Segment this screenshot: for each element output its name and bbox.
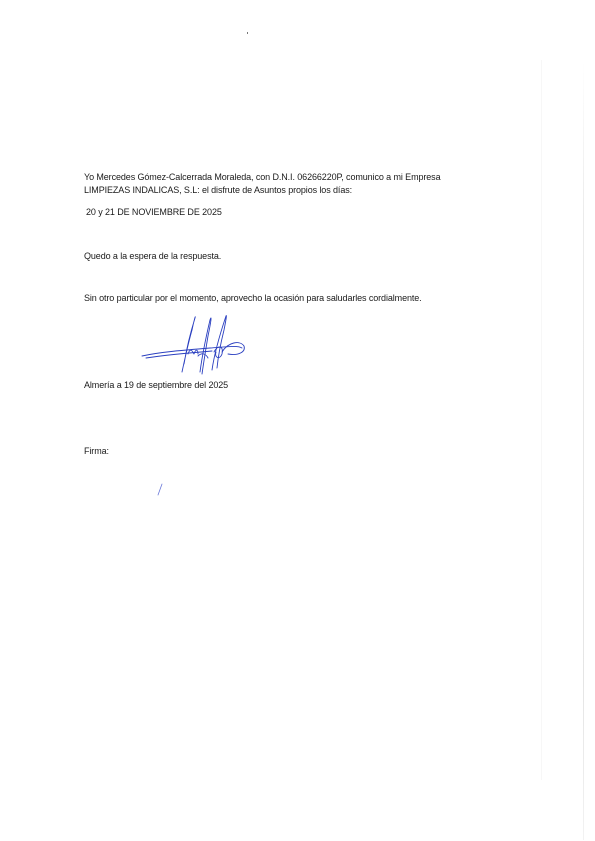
- request-line-1: Yo Mercedes Gómez-Calcerrada Moraleda, c…: [84, 172, 440, 183]
- document-page: Yo Mercedes Gómez-Calcerrada Moraleda, c…: [0, 0, 595, 841]
- signature-label: Firma:: [84, 446, 109, 457]
- scan-speck: [247, 32, 248, 34]
- request-line-2: LIMPIEZAS INDALICAS, S.L: el disfrute de…: [84, 185, 352, 196]
- pen-stroke-icon: [156, 483, 164, 497]
- place-and-date: Almería a 19 de septiembre del 2025: [84, 380, 228, 391]
- signature-icon: [140, 312, 250, 382]
- requested-dates: 20 y 21 DE NOVIEMBRE DE 2025: [86, 207, 222, 218]
- waiting-response-text: Quedo a la espera de la respuesta.: [84, 251, 221, 262]
- scan-edge-line: [583, 60, 584, 840]
- closing-text: Sin otro particular por el momento, apro…: [84, 293, 422, 304]
- scan-edge-line-faint: [541, 60, 542, 780]
